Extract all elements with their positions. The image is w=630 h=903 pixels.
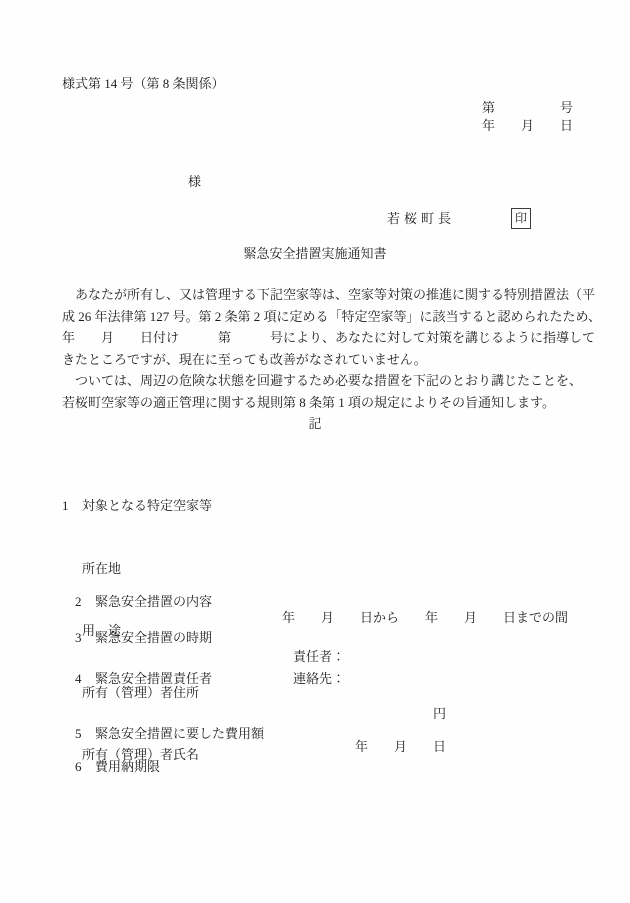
issue-date-blank-line: 年 月 日 [482, 116, 573, 136]
item-6-date-blank: 年 月 日 [355, 737, 446, 757]
item-6-number: 6 [75, 757, 95, 777]
item-4-number: 4 [75, 668, 95, 690]
item-1-label: 対象となる特定空家等 [82, 498, 212, 513]
item-4-label: 緊急安全措置責任者 [95, 671, 212, 686]
item-3-period-blank: 年 月 日から 年 月 日までの間 [282, 608, 568, 628]
addressee-honorific: 様 [188, 172, 201, 192]
item-1-number: 1 [62, 496, 82, 517]
item-6-payment-deadline: 6費用納期限 年 月 日 [62, 737, 602, 817]
item-3-number: 3 [75, 628, 95, 648]
item-6-label: 費用納期限 [95, 759, 160, 774]
issuer-title: 若桜町長 [387, 209, 455, 229]
item-1-heading: 1対象となる特定空家等 [62, 496, 602, 517]
item-4-person-label: 責任者： [293, 649, 345, 664]
item-2-label: 緊急安全措置の内容 [95, 594, 212, 609]
form-number: 様式第 14 号（第 8 条関係） [62, 74, 225, 94]
ki-heading: 記 [0, 414, 630, 434]
document-page: 様式第 14 号（第 8 条関係） 第 号 年 月 日 様 若桜町長 印 緊急安… [0, 0, 630, 903]
item-4-contact-block: 責任者： 連絡先： [293, 646, 345, 690]
document-title: 緊急安全措置実施通知書 [0, 244, 630, 264]
seal-mark: 印 [511, 208, 531, 229]
doc-number-blank-line: 第 号 [482, 98, 573, 118]
body-paragraphs: あなたが所有し、又は管理する下記空家等は、空家等対策の推進に関する特別措置法（平… [62, 284, 607, 413]
item-4-contact-label: 連絡先： [293, 671, 345, 686]
item-5-yen-unit: 円 [433, 704, 446, 724]
item-3-label: 緊急安全措置の時期 [95, 630, 212, 645]
